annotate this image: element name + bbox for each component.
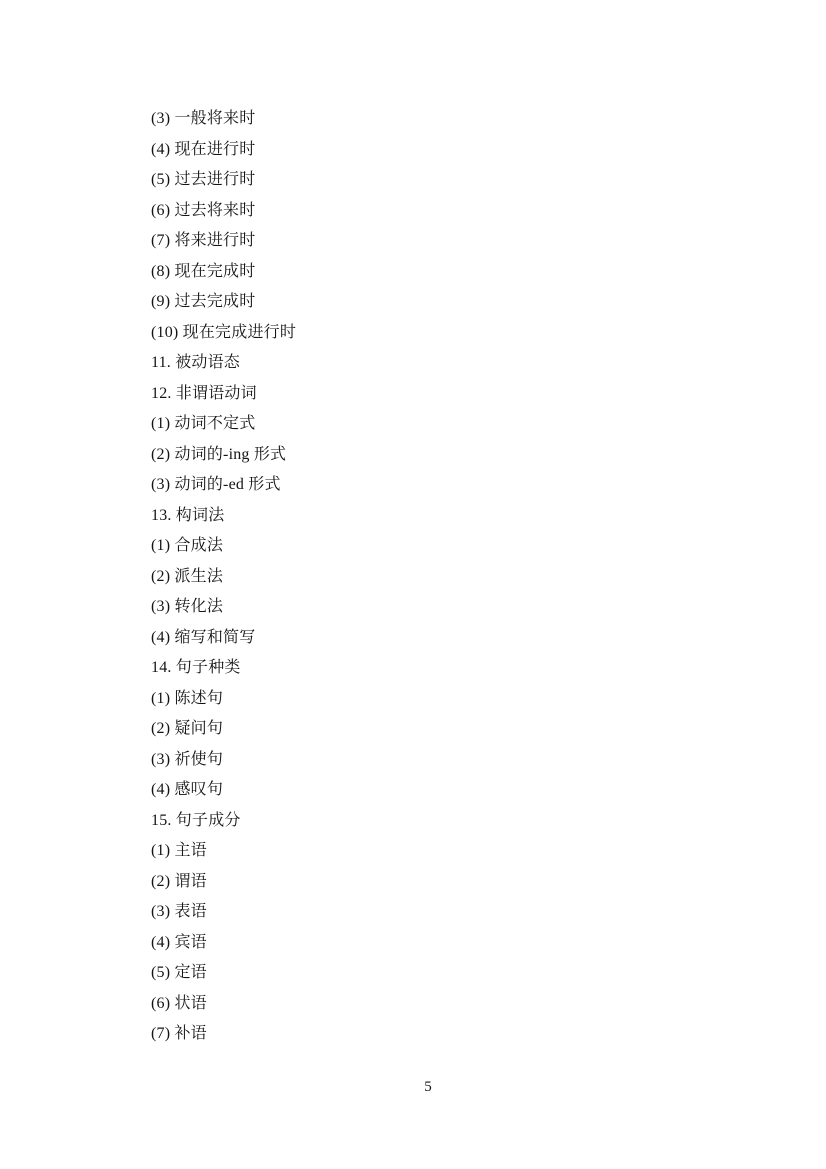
doc-line: (7) 将来进行时 [151, 226, 726, 257]
doc-line: (2) 疑问句 [151, 714, 726, 745]
doc-line: (3) 祈使句 [151, 745, 726, 776]
doc-line: (6) 过去将来时 [151, 196, 726, 227]
doc-line-section: 13. 构词法 [151, 501, 726, 532]
doc-line-section: 15. 句子成分 [151, 806, 726, 837]
doc-line: (5) 定语 [151, 958, 726, 989]
doc-line: (5) 过去进行时 [151, 165, 726, 196]
doc-line-section: 14. 句子种类 [151, 653, 726, 684]
doc-line: (6) 状语 [151, 989, 726, 1020]
doc-line: (3) 表语 [151, 897, 726, 928]
doc-line: (4) 缩写和简写 [151, 623, 726, 654]
doc-line: (8) 现在完成时 [151, 257, 726, 288]
document-page: (3) 一般将来时 (4) 现在进行时 (5) 过去进行时 (6) 过去将来时 … [0, 0, 826, 1169]
doc-line: (10) 现在完成进行时 [151, 318, 726, 349]
doc-line: (1) 合成法 [151, 531, 726, 562]
doc-line: (4) 宾语 [151, 928, 726, 959]
doc-line: (3) 一般将来时 [151, 104, 726, 135]
doc-line: (2) 派生法 [151, 562, 726, 593]
doc-line: (1) 主语 [151, 836, 726, 867]
doc-line: (4) 感叹句 [151, 775, 726, 806]
doc-line-section: 12. 非谓语动词 [151, 379, 726, 410]
doc-line: (4) 现在进行时 [151, 135, 726, 166]
doc-line: (2) 谓语 [151, 867, 726, 898]
page-number: 5 [30, 1077, 826, 1097]
doc-line: (1) 陈述句 [151, 684, 726, 715]
doc-line: (2) 动词的-ing 形式 [151, 440, 726, 471]
doc-line: (3) 转化法 [151, 592, 726, 623]
doc-line: (9) 过去完成时 [151, 287, 726, 318]
document-body: (3) 一般将来时 (4) 现在进行时 (5) 过去进行时 (6) 过去将来时 … [151, 104, 726, 1050]
doc-line: (1) 动词不定式 [151, 409, 726, 440]
doc-line: (7) 补语 [151, 1019, 726, 1050]
doc-line-section: 11. 被动语态 [151, 348, 726, 379]
doc-line: (3) 动词的-ed 形式 [151, 470, 726, 501]
